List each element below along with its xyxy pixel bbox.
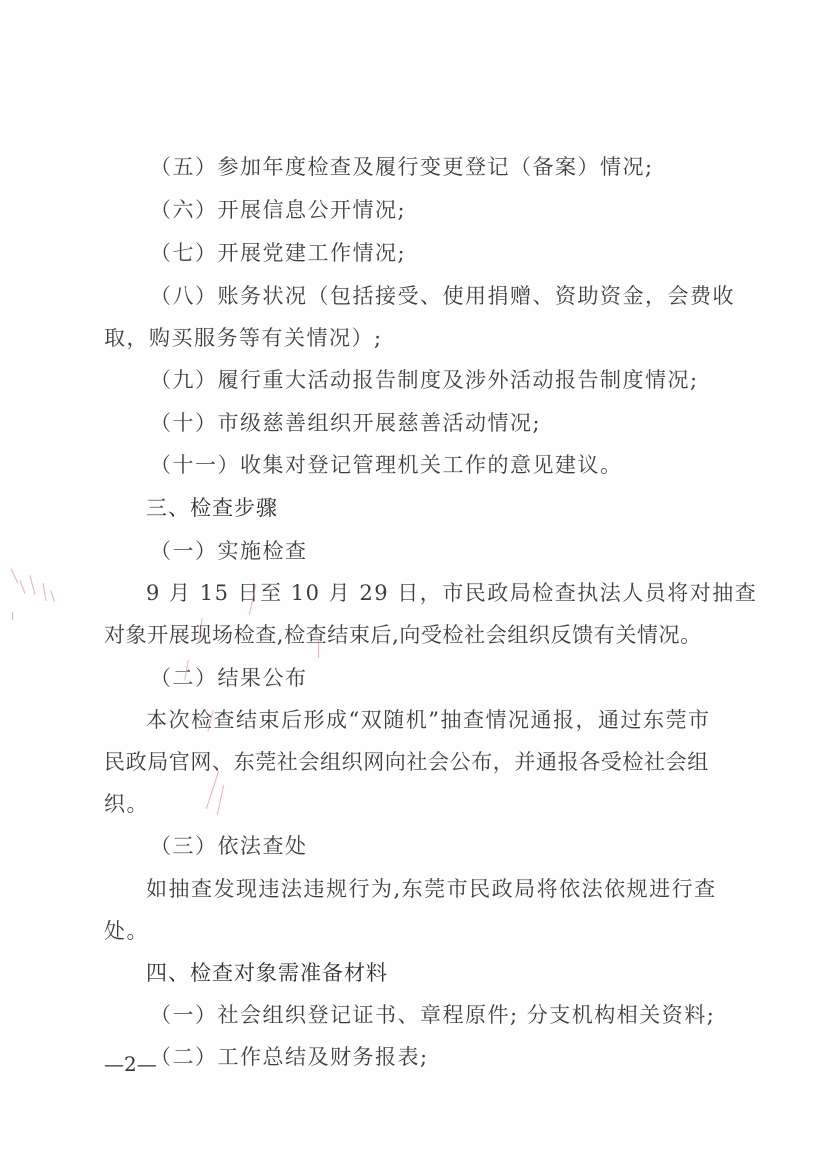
- section-3-sub1-para-line1: 9 月 15 日至 10 月 29 日，市民政局检查执法人员将对抽查: [146, 579, 757, 607]
- section-3-sub1-para-line2: 对象开展现场检查,检查结束后,向受检社会组织反馈有关情况。: [104, 621, 702, 649]
- list-item-5: （五）参加年度检查及履行变更登记（备案）情况;: [150, 153, 654, 181]
- section-3-sub1-title: （一）实施检查: [150, 537, 308, 565]
- list-item-8-line2: 取，购买服务等有关情况）;: [104, 324, 383, 352]
- section-3-sub3-para-line2: 处。: [104, 917, 149, 945]
- list-item-6: （六）开展信息公开情况;: [150, 196, 406, 224]
- list-item-9: （九）履行重大活动报告制度及涉外活动报告制度情况;: [150, 366, 699, 394]
- section-3-sub2-para-line3: 织。: [104, 790, 149, 818]
- section-3-sub2-para-line1: 本次检查结束后形成“双随机”抽查情况通报，通过东莞市: [146, 706, 710, 734]
- section-3-sub2-title: （二）结果公布: [150, 664, 308, 692]
- section-4-heading: 四、检查对象需准备材料: [146, 959, 388, 987]
- document-page: （五）参加年度检查及履行变更登记（备案）情况; （六）开展信息公开情况; （七）…: [0, 0, 826, 1168]
- list-item-8-line1: （八）账务状况（包括接受、使用捐赠、资助资金，会费收: [150, 282, 735, 310]
- section-3-sub2-para-line2: 民政局官网、东莞社会组织网向社会公布，并通报各受检社会组: [104, 748, 709, 776]
- section-3-sub3-title: （三）依法查处: [150, 832, 308, 860]
- list-item-10: （十）市级慈善组织开展慈善活动情况;: [150, 409, 541, 437]
- section-3-heading: 三、检查步骤: [146, 494, 278, 522]
- page-number: —2—: [104, 1052, 157, 1076]
- list-item-11: （十一）收集对登记管理机关工作的意见建议。: [150, 451, 623, 479]
- list-item-7: （七）开展党建工作情况;: [150, 239, 406, 267]
- section-4-item2: （二）工作总结及财务报表;: [150, 1043, 429, 1071]
- section-3-sub3-para-line1: 如抽查发现违法违规行为,东莞市民政局将依法依规进行查: [146, 875, 717, 903]
- section-4-item1: （一）社会组织登记证书、章程原件; 分支机构相关资料;: [150, 1001, 715, 1029]
